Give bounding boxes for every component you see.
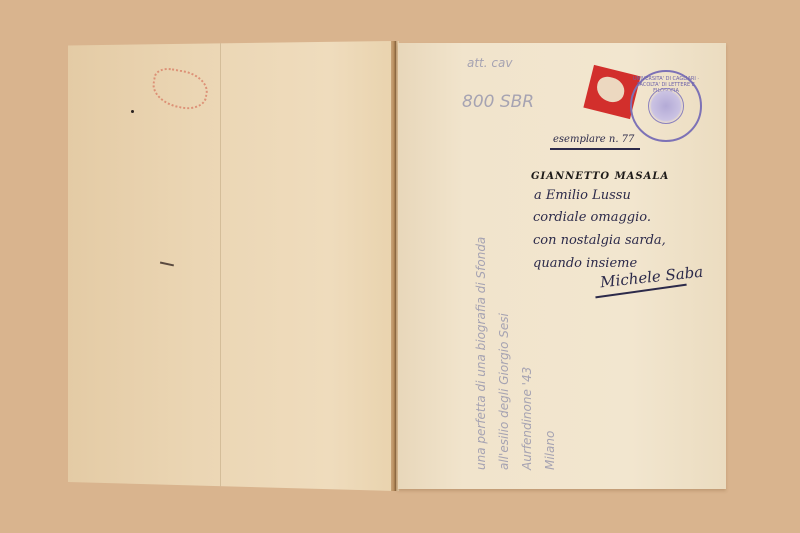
pencil-line: una perfetta di una biografia di Sfonda: [470, 237, 493, 470]
dedication-line: a Emilio Lussu: [534, 188, 631, 203]
pencil-line: Milano: [539, 237, 562, 470]
pencil-line: all'esilio degli Giorgio Sesi: [493, 237, 516, 470]
university-seal: UNIVERSITA' DI CAGLIARI · FACOLTA' DI LE…: [630, 70, 702, 142]
copy-number: esemplare n. 77: [553, 134, 634, 145]
printed-author-name: GIANNETTO MASALA: [531, 171, 669, 182]
left-page: [68, 41, 394, 491]
stamp-cutout: [594, 75, 627, 105]
page-fold-line: [220, 41, 221, 491]
copy-number-underline: [550, 148, 640, 150]
pencil-note-top: att. cav: [467, 56, 512, 70]
pencil-shelfmark: 800 SBR: [462, 92, 534, 112]
ink-dot: [131, 110, 134, 113]
pencil-line: Aurfendinone '43: [516, 237, 539, 470]
dedication-line: cordiale omaggio.: [533, 210, 651, 225]
seal-emblem-icon: [648, 88, 684, 124]
vertical-pencil-note: una perfetta di una biografia di Sfonda …: [470, 237, 562, 470]
